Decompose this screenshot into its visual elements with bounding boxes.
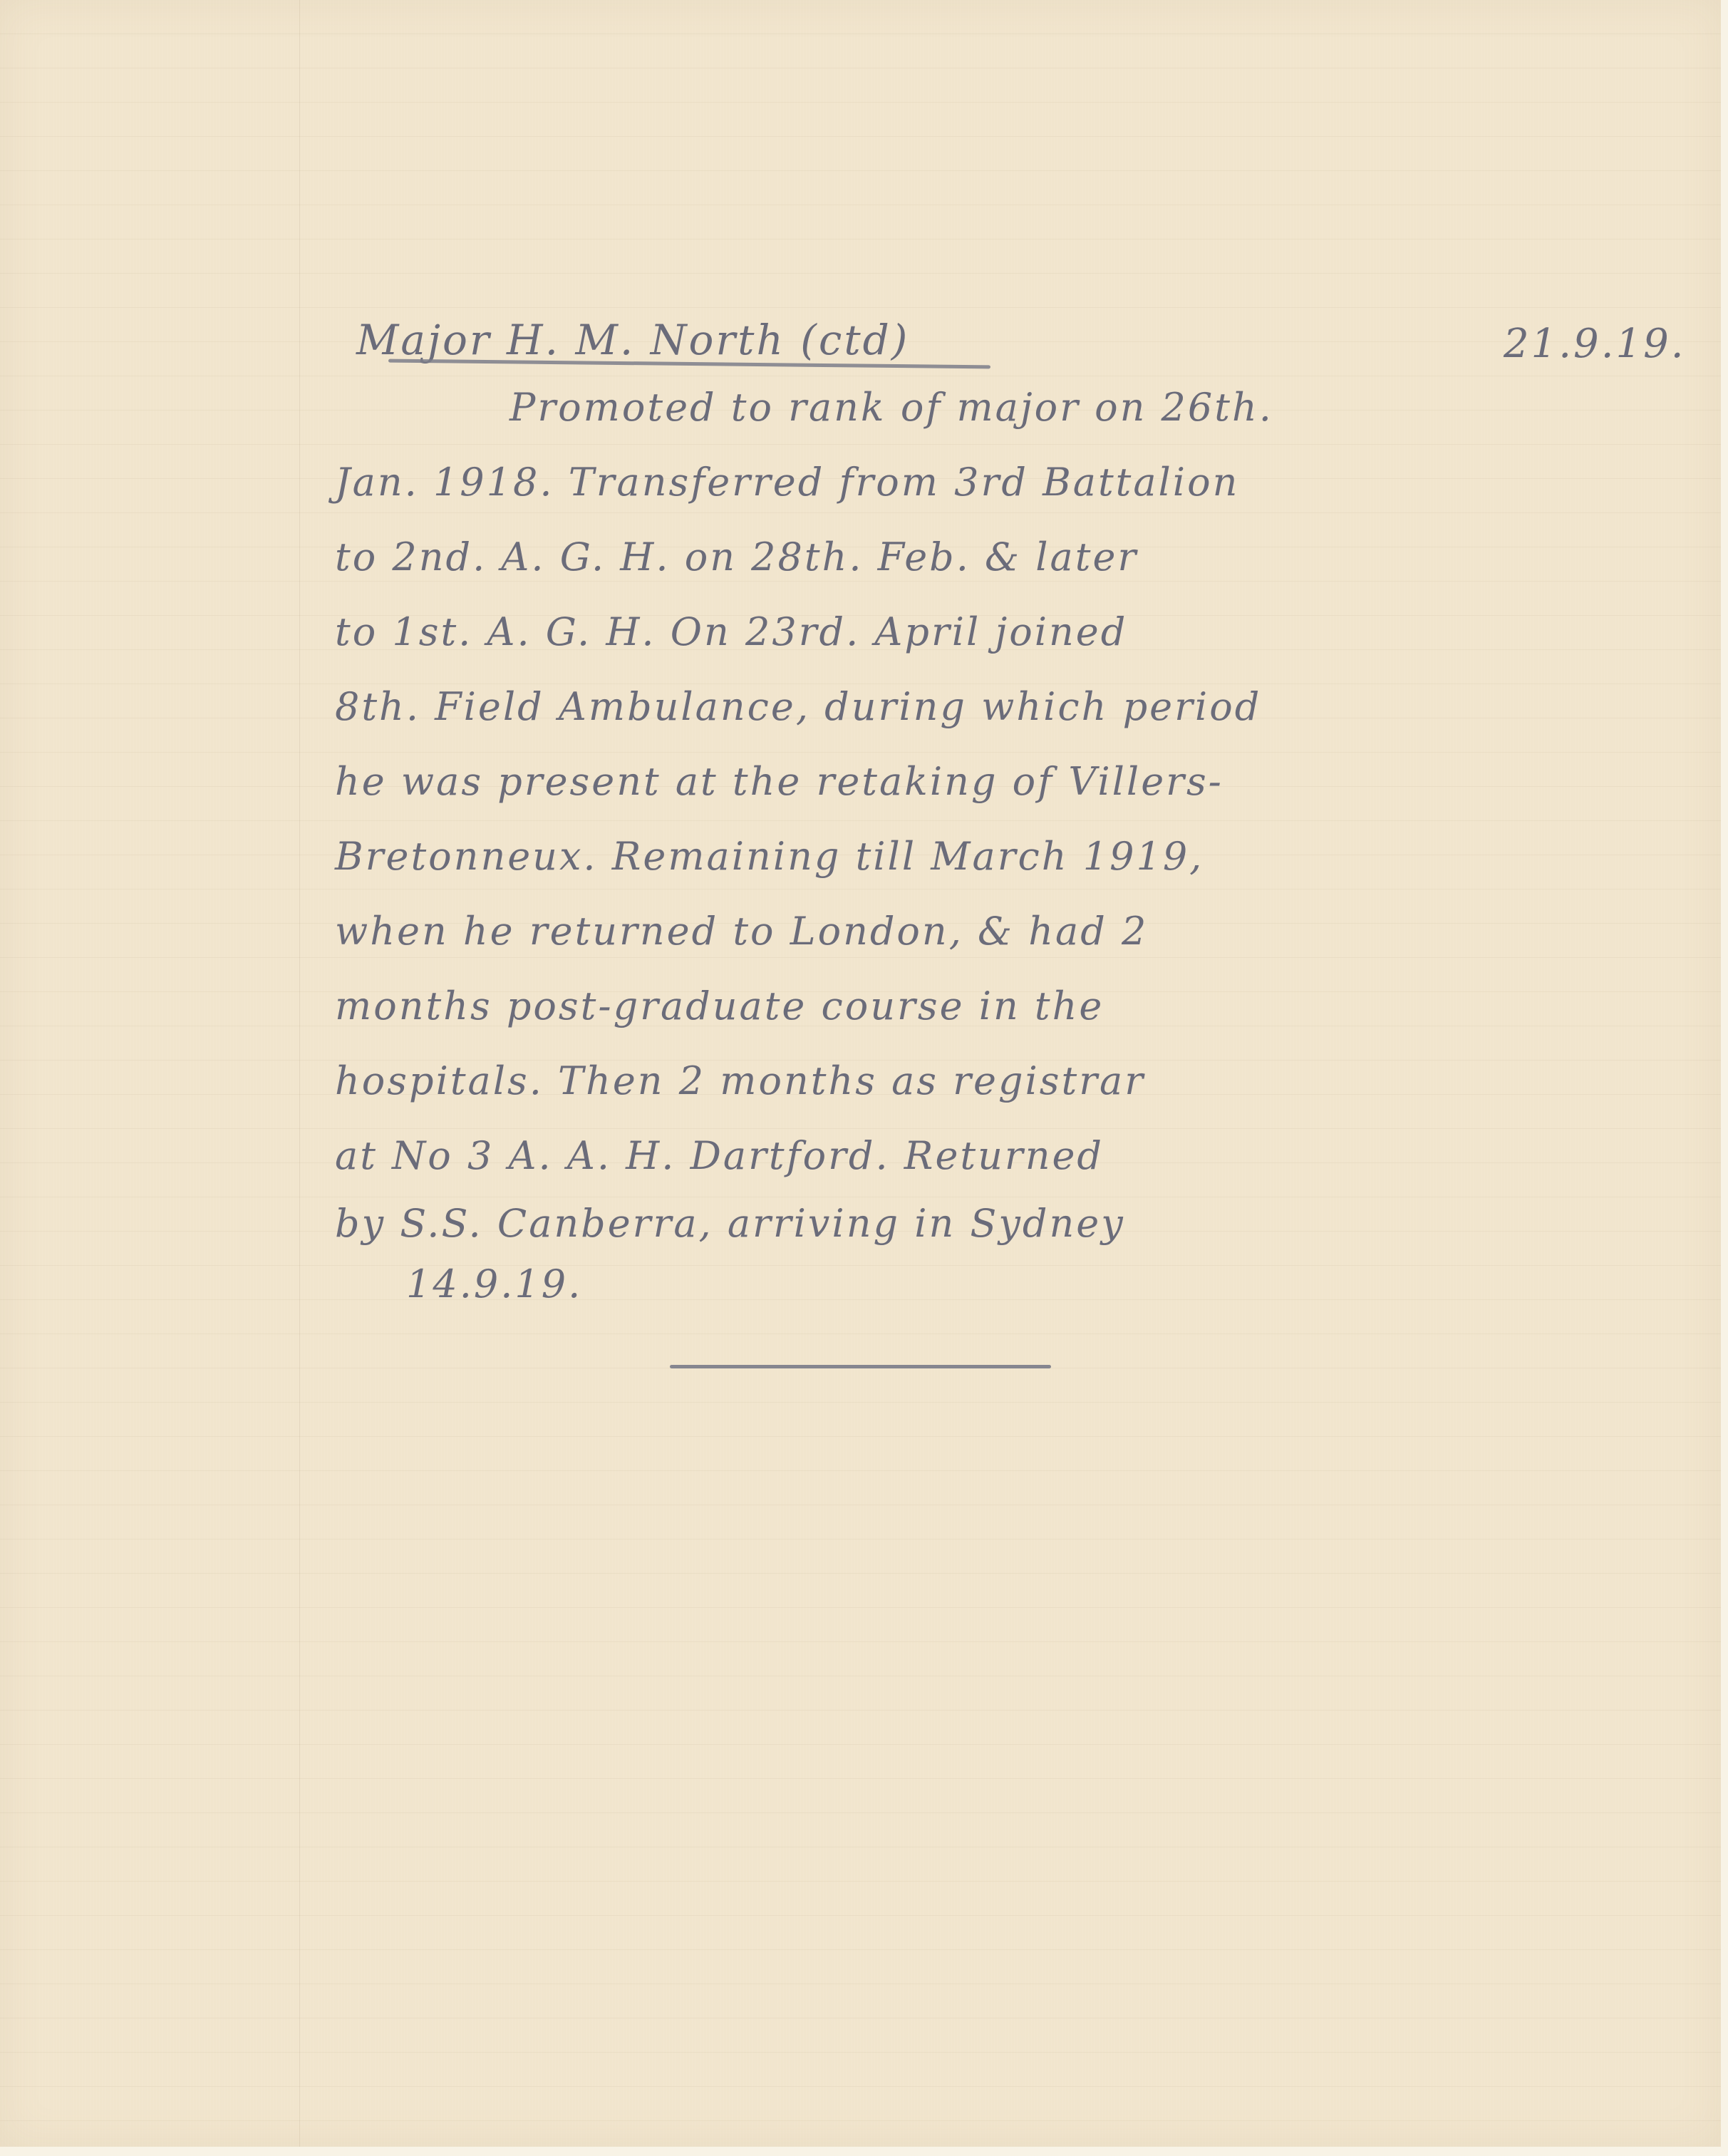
scan-edge-right — [1721, 0, 1728, 2156]
margin-rule — [299, 0, 300, 2147]
body-line: Bretonneux. Remaining till March 1919, — [335, 837, 1689, 876]
body-line: at No 3 A. A. H. Dartford. Returned — [335, 1137, 1689, 1175]
closing-rule — [670, 1365, 1051, 1368]
closing-date: 14.9.19. — [406, 1265, 582, 1304]
body-line: when he returned to London, & had 2 — [335, 912, 1689, 951]
body-line: by S.S. Canberra, arriving in Sydney — [335, 1205, 1689, 1243]
document-title: Major H. M. North (ctd) — [356, 319, 909, 361]
body-line: to 2nd. A. G. H. on 28th. Feb. & later — [335, 538, 1689, 577]
body-line: Promoted to rank of major on 26th. — [509, 388, 1728, 427]
scan-edge-bottom — [0, 2147, 1728, 2156]
body-line: Jan. 1918. Transferred from 3rd Battalio… — [335, 463, 1689, 502]
body-line: to 1st. A. G. H. On 23rd. April joined — [335, 613, 1689, 651]
body-line: 8th. Field Ambulance, during which perio… — [335, 688, 1689, 726]
paper-sheet: Major H. M. North (ctd) 21.9.19. Promote… — [0, 0, 1721, 2147]
body-line: he was present at the retaking of Viller… — [335, 763, 1689, 801]
document-date: 21.9.19. — [1504, 324, 1686, 364]
body-line: months post-graduate course in the — [335, 987, 1689, 1026]
body-line: hospitals. Then 2 months as registrar — [335, 1062, 1689, 1100]
